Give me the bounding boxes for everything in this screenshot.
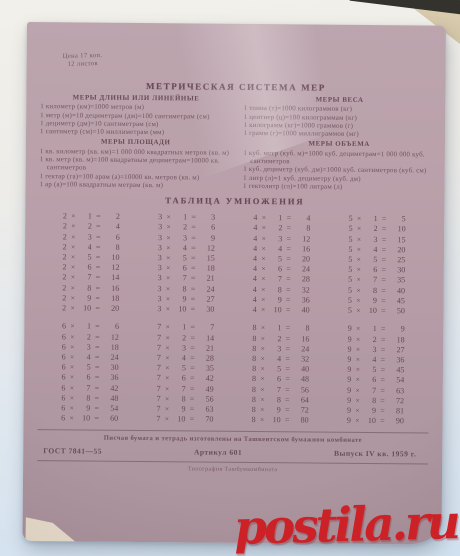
times-row: 6×5=30: [57, 362, 119, 373]
number: 1: [365, 324, 377, 334]
number: 3: [270, 234, 282, 244]
equals-icon: =: [91, 273, 104, 283]
equals-icon: =: [91, 352, 104, 362]
number: 5: [365, 255, 377, 265]
number: 7: [152, 322, 161, 332]
number: 5: [343, 306, 352, 316]
number: 10: [173, 414, 185, 424]
equals-icon: =: [376, 375, 389, 385]
number: 72: [294, 405, 309, 415]
times-row: 8×4=32: [247, 354, 309, 365]
number: 9: [343, 334, 352, 344]
times-row: 9×10=90: [342, 416, 404, 427]
number: 6: [57, 322, 66, 332]
times-icon: ×: [66, 293, 79, 303]
times-icon: ×: [257, 213, 270, 223]
number: 6: [270, 264, 282, 274]
number: 30: [390, 265, 405, 275]
times-icon: ×: [352, 235, 365, 245]
equals-icon: =: [90, 383, 103, 393]
times-icon: ×: [352, 334, 365, 344]
equals-icon: =: [282, 265, 295, 275]
number: 20: [104, 304, 119, 314]
times-icon: ×: [352, 296, 365, 306]
number: 4: [295, 214, 310, 224]
number: 6: [365, 265, 377, 275]
equals-icon: =: [186, 343, 199, 353]
number: 1: [79, 322, 91, 332]
number: 90: [389, 416, 404, 426]
number: 12: [200, 243, 215, 253]
times-row: 5×7=35: [343, 275, 405, 286]
number: 45: [389, 365, 404, 375]
multiplication-group-2: 6×1=66×2=126×3=186×4=246×5=306×6=366×7=4…: [23, 321, 443, 427]
number: 2: [269, 334, 281, 344]
equals-icon: =: [377, 324, 390, 334]
number: 6: [175, 264, 187, 274]
equals-icon: =: [376, 365, 389, 375]
times-row: 3×3=9: [153, 233, 215, 244]
number: 3: [153, 274, 162, 284]
equals-icon: =: [281, 375, 294, 385]
number: 8: [79, 283, 91, 293]
number: 6: [79, 263, 91, 273]
number: 7: [152, 384, 161, 394]
equals-icon: =: [185, 404, 198, 414]
number: 4: [248, 274, 257, 284]
number: 4: [105, 222, 120, 232]
number: 3: [152, 294, 161, 304]
number: 2: [270, 224, 282, 234]
equals-icon: =: [378, 225, 391, 235]
number: 14: [199, 333, 214, 343]
times-icon: ×: [257, 244, 270, 254]
measure-line: 1 ар (а)=100 квадратным метрам (кв. м): [40, 181, 232, 191]
number: 4: [248, 244, 257, 254]
equals-icon: =: [376, 416, 389, 426]
number: 12: [104, 332, 119, 342]
number: 9: [342, 365, 351, 375]
number: 6: [56, 403, 65, 413]
number: 7: [364, 385, 376, 395]
equals-icon: =: [186, 364, 199, 374]
number: 4: [248, 213, 257, 223]
times-row: 8×6=48: [247, 374, 309, 385]
number: 8: [247, 364, 256, 374]
section-header: МЕРЫ ПЛОЩАДИ: [40, 139, 232, 149]
times-icon: ×: [162, 243, 175, 253]
times-row: 6×4=24: [57, 352, 119, 363]
number: 2: [58, 212, 67, 222]
equals-icon: =: [187, 253, 200, 263]
number: 1: [270, 213, 282, 223]
times-row: 2×10=20: [57, 303, 119, 314]
equals-icon: =: [90, 373, 103, 383]
number: 7: [152, 373, 161, 383]
number: 5: [269, 364, 281, 374]
equals-icon: =: [282, 275, 295, 285]
number: 3: [153, 243, 162, 253]
number: 8: [247, 395, 256, 405]
issue-date: Выпуск IV кв. 1959 г.: [334, 449, 416, 459]
number: 10: [105, 253, 120, 263]
times-row: 7×1=7: [152, 322, 214, 333]
number: 49: [199, 384, 214, 394]
times-row: 9×2=18: [343, 334, 405, 345]
times-row: 8×7=56: [247, 384, 309, 395]
equals-icon: =: [377, 235, 390, 245]
number: 40: [294, 364, 309, 374]
number: 4: [270, 244, 282, 254]
times-icon: ×: [66, 362, 79, 372]
number: 8: [364, 396, 376, 406]
number: 12: [104, 263, 119, 273]
number: 42: [103, 383, 118, 393]
times-icon: ×: [256, 344, 269, 354]
times-icon: ×: [257, 264, 270, 274]
number: 9: [270, 295, 282, 305]
equals-icon: =: [91, 342, 104, 352]
number: 24: [200, 284, 215, 294]
times-row: 8×5=40: [247, 364, 309, 375]
number: 7: [152, 353, 161, 363]
times-icon: ×: [352, 255, 365, 265]
equals-icon: =: [187, 264, 200, 274]
number: 2: [57, 303, 66, 313]
number: 2: [79, 332, 91, 342]
number: 6: [105, 232, 120, 242]
equals-icon: =: [282, 254, 295, 264]
equals-icon: =: [377, 306, 390, 316]
times-icon: ×: [66, 322, 79, 332]
number: 5: [343, 275, 352, 285]
times-row: 2×7=14: [57, 273, 119, 284]
multiplication-table: 2×1=22×2=42×3=62×4=82×5=102×6=122×7=142×…: [23, 211, 444, 427]
number: 4: [365, 245, 377, 255]
number: 24: [295, 265, 310, 275]
number: 3: [200, 213, 215, 223]
times-icon: ×: [351, 385, 364, 395]
number: 48: [294, 375, 309, 385]
number: 1: [366, 214, 378, 224]
number: 10: [270, 305, 282, 315]
times-icon: ×: [161, 373, 174, 383]
times-icon: ×: [67, 232, 80, 242]
times-row: 3×4=12: [153, 243, 215, 254]
number: 9: [343, 324, 352, 334]
times-icon: ×: [161, 353, 174, 363]
number: 6: [56, 373, 65, 383]
equals-icon: =: [376, 345, 389, 355]
times-icon: ×: [351, 416, 364, 426]
times-icon: ×: [161, 363, 174, 373]
number: 18: [200, 264, 215, 274]
number: 9: [342, 395, 351, 405]
number: 10: [174, 304, 186, 314]
equals-icon: =: [92, 222, 105, 232]
equals-icon: =: [282, 295, 295, 305]
section-header: МЕРЫ ВЕСА: [244, 96, 436, 106]
number: 21: [199, 343, 214, 353]
number: 9: [365, 296, 377, 306]
number: 8: [247, 405, 256, 415]
equals-icon: =: [282, 224, 295, 234]
times-row: 5×5=25: [343, 255, 405, 266]
times-icon: ×: [162, 274, 175, 284]
number: 8: [365, 286, 377, 296]
times-icon: ×: [256, 374, 269, 384]
number: 42: [199, 374, 214, 384]
watermark-postila: postila.ru: [233, 495, 458, 556]
times-row: 7×9=63: [151, 404, 213, 415]
number: 5: [174, 363, 186, 373]
times-row: 9×4=36: [342, 355, 404, 366]
number: 3: [153, 253, 162, 263]
multiplication-title: ТАБЛИЦА УМНОЖЕНИЯ: [25, 194, 444, 208]
times-icon: ×: [65, 373, 78, 383]
number: 24: [104, 353, 119, 363]
number: 6: [56, 383, 65, 393]
number: 15: [200, 254, 215, 264]
equals-icon: =: [281, 324, 294, 334]
equals-icon: =: [186, 353, 199, 363]
number: 30: [199, 305, 214, 315]
times-icon: ×: [257, 254, 270, 264]
times-row: 9×6=54: [342, 375, 404, 386]
times-row: 8×8=64: [247, 395, 309, 406]
times-row: 4×6=24: [248, 264, 310, 275]
equals-icon: =: [282, 285, 295, 295]
times-table-9: 9×1=99×2=189×3=279×4=369×5=459×6=549×7=6…: [342, 324, 405, 427]
times-row: 9×7=63: [342, 385, 404, 396]
times-icon: ×: [257, 223, 270, 233]
measures-column-1: МЕРЫ ДЛИНЫ ИЛИ ЛИНЕЙНЫЕ1 километр (км)=1…: [40, 92, 232, 191]
times-table-5: 5×1=55×2=105×3=155×4=205×5=255×6=305×7=3…: [343, 214, 406, 317]
times-icon: ×: [162, 284, 175, 294]
number: 24: [294, 344, 309, 354]
equals-icon: =: [377, 286, 390, 296]
number: 16: [104, 283, 119, 293]
number: 8: [247, 354, 256, 364]
number: 9: [342, 385, 351, 395]
number: 6: [56, 413, 65, 423]
section-header: МЕРЫ ОБЪЕМА: [243, 140, 435, 150]
number: 20: [295, 254, 310, 264]
times-icon: ×: [67, 242, 80, 252]
number: 10: [269, 415, 281, 425]
number: 54: [389, 375, 404, 385]
times-row: 9×1=9: [343, 324, 405, 335]
times-icon: ×: [256, 395, 269, 405]
times-row: 8×2=16: [247, 333, 309, 344]
number: 6: [57, 332, 66, 342]
number: 8: [105, 243, 120, 253]
number: 4: [174, 353, 186, 363]
times-icon: ×: [353, 214, 366, 224]
equals-icon: =: [281, 385, 294, 395]
times-row: 2×4=8: [58, 242, 120, 253]
number: 32: [294, 354, 309, 364]
equals-icon: =: [282, 244, 295, 254]
times-icon: ×: [161, 294, 174, 304]
number: 21: [200, 274, 215, 284]
number: 2: [58, 222, 67, 232]
number: 18: [104, 342, 119, 352]
number: 8: [174, 394, 186, 404]
number: 5: [343, 265, 352, 275]
times-icon: ×: [161, 304, 174, 314]
number: 10: [365, 306, 377, 316]
equals-icon: =: [377, 245, 390, 255]
number: 16: [295, 244, 310, 254]
times-row: 5×9=45: [343, 296, 405, 307]
number: 7: [175, 274, 187, 284]
number: 4: [248, 234, 257, 244]
number: 3: [153, 212, 162, 222]
number: 9: [342, 406, 351, 416]
number: 5: [270, 254, 282, 264]
times-row: 6×7=42: [56, 383, 118, 394]
equals-icon: =: [282, 214, 295, 224]
equals-icon: =: [186, 384, 199, 394]
times-table-7: 7×1=77×2=147×3=217×4=287×5=357×6=427×7=4…: [151, 322, 214, 425]
times-icon: ×: [161, 384, 174, 394]
number: 64: [294, 395, 309, 405]
times-icon: ×: [67, 252, 80, 262]
number: 50: [390, 306, 405, 316]
equals-icon: =: [376, 386, 389, 396]
number: 1: [174, 323, 186, 333]
equals-icon: =: [92, 242, 105, 252]
number: 28: [295, 275, 310, 285]
number: 7: [174, 384, 186, 394]
times-row: 2×1=2: [58, 212, 120, 223]
times-icon: ×: [65, 403, 78, 413]
number: 25: [390, 255, 405, 265]
times-icon: ×: [162, 253, 175, 263]
times-icon: ×: [351, 375, 364, 385]
times-row: 3×8=24: [153, 284, 215, 295]
times-icon: ×: [351, 406, 364, 416]
times-row: 5×10=50: [343, 306, 405, 317]
equals-icon: =: [91, 322, 104, 332]
number: 3: [79, 342, 91, 352]
times-row: 4×3=12: [248, 234, 310, 245]
equals-icon: =: [377, 276, 390, 286]
number: 30: [104, 363, 119, 373]
equals-icon: =: [91, 293, 104, 303]
number: 2: [105, 212, 120, 222]
number: 6: [56, 393, 65, 403]
times-icon: ×: [162, 212, 175, 222]
times-row: 4×10=40: [248, 305, 310, 316]
equals-icon: =: [186, 323, 199, 333]
number: 2: [58, 232, 67, 242]
equals-icon: =: [376, 355, 389, 365]
times-icon: ×: [257, 305, 270, 315]
number: 40: [390, 286, 405, 296]
times-row: 7×10=70: [151, 414, 213, 425]
printer-line: Типография Ташбумкомбината: [23, 465, 442, 475]
equals-icon: =: [282, 305, 295, 315]
times-icon: ×: [256, 323, 269, 333]
article-number: Артикул 601: [194, 448, 242, 457]
times-icon: ×: [351, 396, 364, 406]
number: 8: [247, 384, 256, 394]
times-icon: ×: [66, 283, 79, 293]
times-row: 2×3=6: [58, 232, 120, 243]
number: 63: [198, 404, 213, 414]
times-row: 3×1=3: [153, 212, 215, 223]
times-row: 7×2=14: [152, 333, 214, 344]
footer-row: ГОСТ 7841—55 Артикул 601 Выпуск IV кв. 1…: [23, 446, 442, 459]
times-row: 9×3=27: [342, 344, 404, 355]
times-table-2: 2×1=22×2=42×3=62×4=82×5=102×6=122×7=142×…: [57, 212, 120, 315]
number: 2: [57, 263, 66, 273]
times-icon: ×: [257, 234, 270, 244]
times-icon: ×: [352, 306, 365, 316]
times-row: 6×8=48: [56, 393, 118, 404]
number: 2: [366, 224, 378, 234]
times-row: 7×7=49: [152, 384, 214, 395]
equals-icon: =: [90, 393, 103, 403]
times-table-3: 3×1=33×2=63×3=93×4=123×5=153×6=183×7=213…: [152, 212, 215, 315]
equals-icon: =: [281, 395, 294, 405]
times-icon: ×: [161, 322, 174, 332]
equals-icon: =: [187, 274, 200, 284]
equals-icon: =: [376, 396, 389, 406]
number: 3: [80, 232, 92, 242]
times-icon: ×: [257, 285, 270, 295]
number: 9: [174, 294, 186, 304]
number: 18: [104, 294, 119, 304]
times-icon: ×: [256, 354, 269, 364]
equals-icon: =: [187, 243, 200, 253]
number: 6: [57, 362, 66, 372]
equals-icon: =: [91, 332, 104, 342]
measure-line: 1 грамм (г)=1000 миллиграммов (мг): [243, 130, 435, 140]
torn-corner: [25, 513, 77, 543]
times-icon: ×: [161, 394, 174, 404]
number: 8: [295, 224, 310, 234]
equals-icon: =: [187, 284, 200, 294]
times-row: 3×7=21: [153, 274, 215, 285]
times-row: 8×1=8: [247, 323, 309, 334]
number: 20: [390, 245, 405, 255]
number: 5: [344, 224, 353, 234]
times-icon: ×: [161, 343, 174, 353]
times-icon: ×: [160, 404, 173, 414]
number: 2: [57, 293, 66, 303]
times-icon: ×: [65, 393, 78, 403]
number: 36: [295, 295, 310, 305]
number: 5: [343, 245, 352, 255]
number: 5: [391, 214, 406, 224]
measures-column-2: МЕРЫ ВЕСА1 тонна (т)=1000 килограммов (к…: [243, 94, 435, 193]
times-row: 5×3=15: [343, 234, 405, 245]
number: 4: [248, 254, 257, 264]
equals-icon: =: [281, 364, 294, 374]
number: 7: [152, 394, 161, 404]
number: 5: [343, 234, 352, 244]
number: 1: [269, 323, 281, 333]
number: 72: [389, 396, 404, 406]
times-icon: ×: [65, 413, 78, 423]
times-row: 4×1=4: [248, 213, 310, 224]
equals-icon: =: [90, 414, 103, 424]
times-row: 3×10=30: [152, 304, 214, 315]
number: 4: [248, 285, 257, 295]
